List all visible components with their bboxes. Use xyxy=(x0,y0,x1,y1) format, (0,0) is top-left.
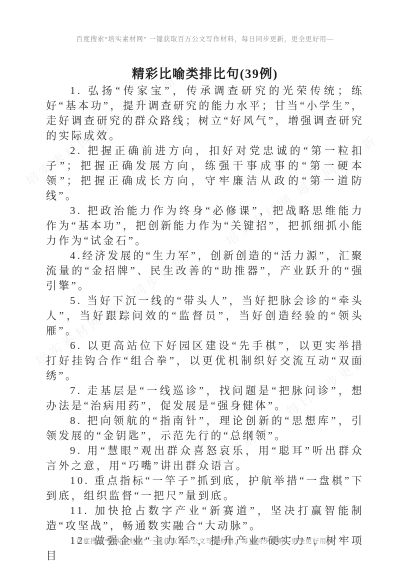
paragraph-2: 2. 把握正确前进方向，扣好对党忠诚的“第一粒扣子”；把握正确发展方向，练强干事… xyxy=(46,144,364,204)
paragraph-10: 10. 重点指标“一竿子”抓到底，护航举措“一盘棋”下到底，组织监督“一把尺”量… xyxy=(46,474,364,504)
document-page: 百度搜索“培实素材网” 一键获取百万公文写作材料，每日同步更新，更全更好用— 培… xyxy=(0,0,410,580)
paragraph-9: 9. 用“慧眼”观出群众喜怒哀乐，用“聪耳”听出群众言外之意，用“巧嘴”讲出群众… xyxy=(46,444,364,474)
paragraph-8: 8. 把向领航的“指南针”，理论创新的“思想库”，引领发展的“金钥匙”，示范先行… xyxy=(46,414,364,444)
page-title: 精彩比喻类排比句(39例) xyxy=(0,64,410,82)
paragraph-4: 4.经济发展的“生力军”，创新创造的“活力源”，汇聚流量的“金招牌”、民生改善的… xyxy=(46,249,364,294)
document-body: 1. 弘扬“传家宝”，传承调查研究的光荣传统；练好“基本功”，提升调查研究的能力… xyxy=(46,84,364,564)
paragraph-7: 7. 走基层是“一线巡诊”，找问题是“把脉问诊”，想办法是“治病用药”，促发展是… xyxy=(46,384,364,414)
paragraph-11: 11. 加快抢占数字产业“新赛道”，坚决打赢智能制造“攻坚战”，畅通数实融合“大… xyxy=(46,504,364,534)
paragraph-3: 3. 把政治能力作为终身“必修课”，把战略思维能力作为“基本功”，把创新能力作为… xyxy=(46,204,364,249)
header-note: 百度搜索“培实素材网” 一键获取百万公文写作材料，每日同步更新，更全更好用— xyxy=(30,34,380,43)
paragraph-5: 5. 当好下沉一线的“带头人”，当好把脉会诊的“牵头人”，当好跟踪问效的“监督员… xyxy=(46,294,364,339)
paragraph-1: 1. 弘扬“传家宝”，传承调查研究的光荣传统；练好“基本功”，提升调查研究的能力… xyxy=(46,84,364,144)
footer-note: 百度搜索“培实素材网” 一键获取百万公文写作材料，每日同步更新，更全更好用— xyxy=(30,536,380,545)
paragraph-6: 6. 以更高站位下好园区建设“先手棋”，以更实举措打好挂钩合作“组合拳”，以更优… xyxy=(46,339,364,384)
